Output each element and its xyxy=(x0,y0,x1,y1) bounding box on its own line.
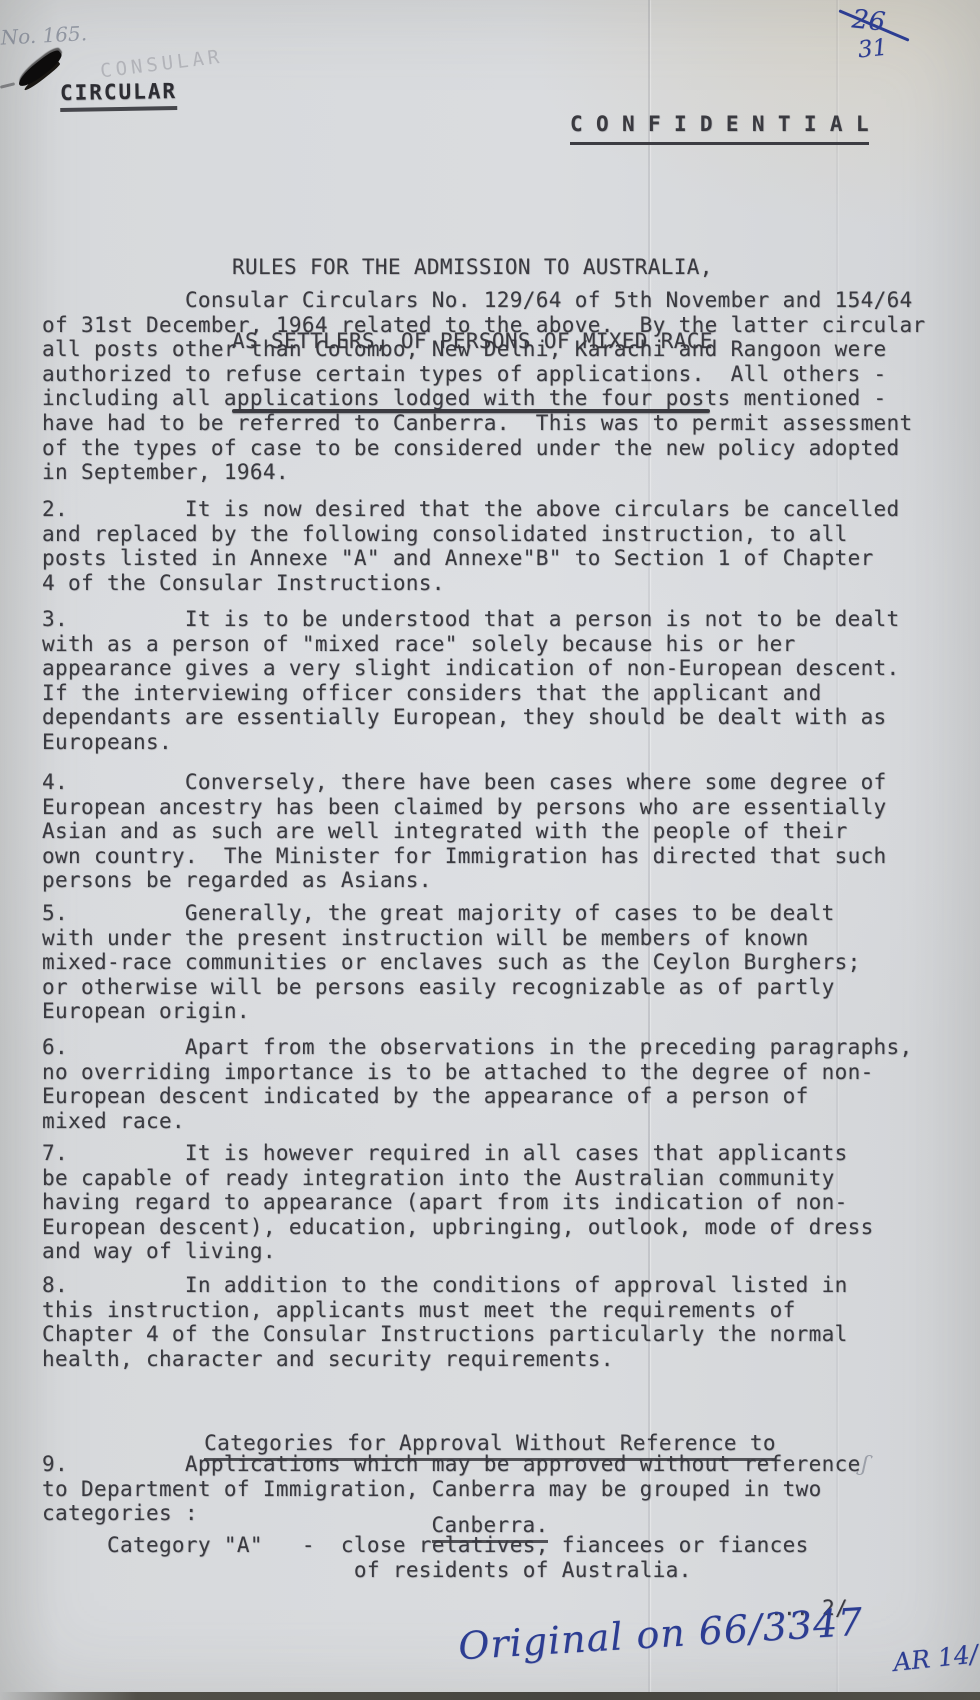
handwritten-number: 31 xyxy=(857,35,889,64)
title-line-1: RULES FOR THE ADMISSION TO AUSTRALIA, xyxy=(232,255,713,280)
circular-number: No. 165. xyxy=(0,0,980,50)
confidential-label: C O N F I D E N T I A L xyxy=(570,112,869,145)
paragraph-9: 9. Applications which may be approved wi… xyxy=(42,1452,962,1526)
paragraph-6: 6. Apart from the observations in the pr… xyxy=(42,1035,962,1133)
paragraph-2: 2. It is now desired that the above circ… xyxy=(42,497,962,595)
handwritten-filing-note: Original on 66/3347 xyxy=(457,1600,865,1669)
ink-dash-mark xyxy=(0,82,15,89)
category-a-definition: Category "A" - close relatives, fiancees… xyxy=(42,1533,962,1582)
handwritten-initials-date: AR 14/11 xyxy=(892,1636,980,1677)
ink-blot-mark xyxy=(15,47,65,90)
circular-stamp: CIRCULAR xyxy=(60,79,178,112)
paragraph-7: 7. It is however required in all cases t… xyxy=(42,1141,962,1264)
paragraph-1: Consular Circulars No. 129/64 of 5th Nov… xyxy=(42,288,962,485)
paragraph-8: 8. In addition to the conditions of appr… xyxy=(42,1273,962,1371)
document-page: CONSULAR CIRCULAR No. 165. 26 31 C O N F… xyxy=(0,0,980,1700)
paragraph-4: 4. Conversely, there have been cases whe… xyxy=(42,770,962,893)
paragraph-3: 3. It is to be understood that a person … xyxy=(42,607,962,755)
stamp-ghost-text: CONSULAR xyxy=(99,45,225,84)
scan-edge xyxy=(0,1692,980,1700)
paragraph-5: 5. Generally, the great majority of case… xyxy=(42,901,962,1024)
